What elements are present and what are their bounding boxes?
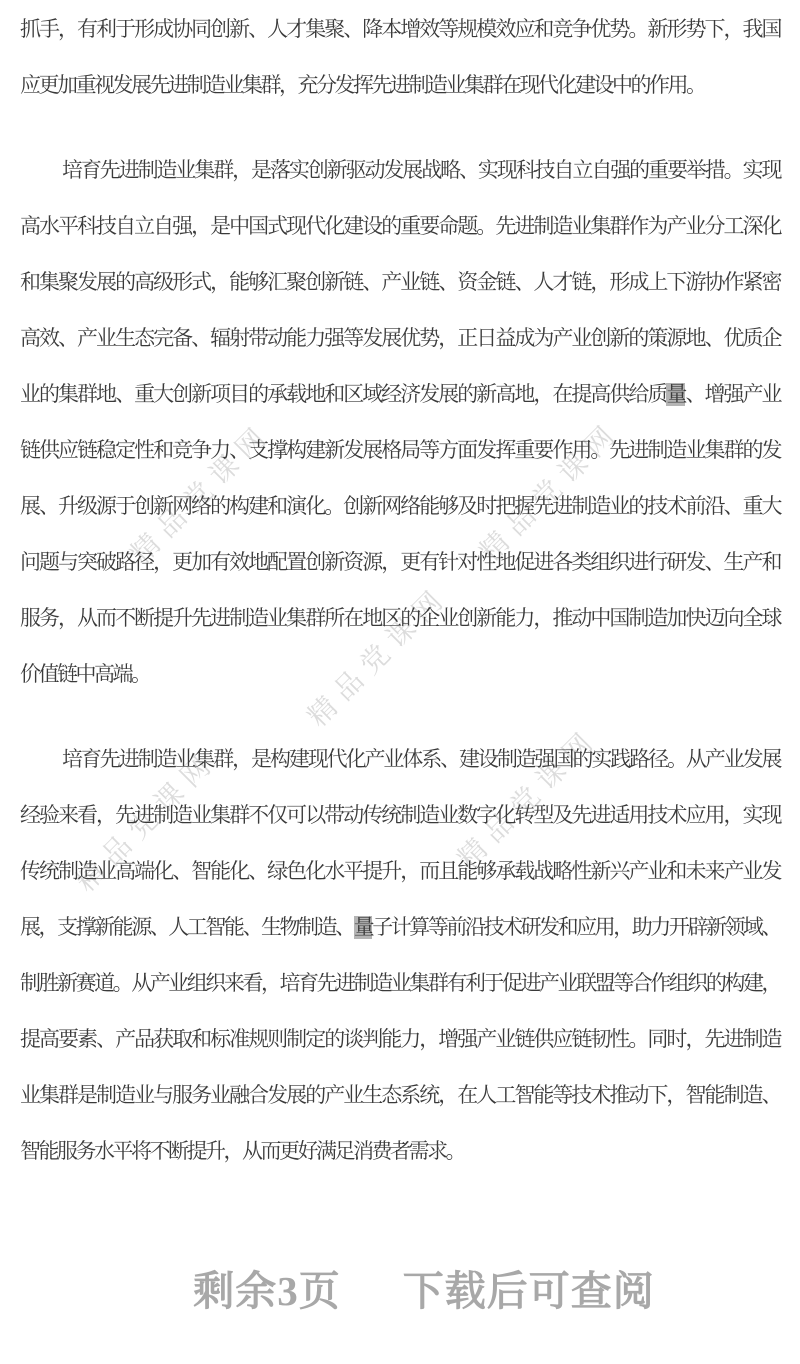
download-hint-label: 下载后可查阅 [403,1268,655,1314]
text-line: 问题与突破路径，更加有效地配置创新资源，更有针对性地促进各类组织进行研发、生产和 [20,535,780,591]
footer-note: 剩余3页下载后可查阅 [0,1258,800,1317]
text-line: 高水平科技自立自强，是中国式现代化建设的重要命题。先进制造业集群作为产业分工深化 [20,199,780,255]
text-line: 培育先进制造业集群，是落实创新驱动发展战略、实现科技自立自强的重要举措。实现 [20,143,780,199]
text-line: 展、升级源于创新网络的构建和演化。创新网络能够及时把握先进制造业的技术前沿、重大 [20,479,780,535]
text-line: 链供应链稳定性和竞争力、支撑构建新发展格局等方面发挥重要作用。先进制造业集群的发 [20,423,780,479]
highlighted-char: 量 [666,383,685,406]
text-line: 培育先进制造业集群，是构建现代化产业体系、建设制造强国的实践路径。从产业发展 [20,732,780,788]
text-line: 和集聚发展的高级形式，能够汇聚创新链、产业链、资金链、人才链，形成上下游协作紧密 [20,255,780,311]
text-line: 展，支撑新能源、人工智能、生物制造、量子计算等前沿技术研发和应用，助力开辟新领域… [20,900,780,956]
text-line: 业集群是制造业与服务业融合发展的产业生态系统，在人工智能等技术推动下，智能制造、 [20,1068,780,1124]
text-line: 制胜新赛道。从产业组织来看，培育先进制造业集群有利于促进产业联盟等合作组织的构建… [20,956,780,1012]
text-line: 价值链中高端。 [20,647,780,703]
text-line: 提高要素、产品获取和标准规则制定的谈判能力，增强产业链供应链韧性。同时，先进制造 [20,1012,780,1068]
text-line: 服务，从而不断提升先进制造业集群所在地区的企业创新能力，推动中国制造加快迈向全球 [20,591,780,647]
document-body: 抓手，有利于形成协同创新、人才集聚、降本增效等规模效应和竞争优势。新形势下，我国… [20,2,780,1209]
text-line: 传统制造业高端化、智能化、绿色化水平提升，而且能够承载战略性新兴产业和未来产业发 [20,844,780,900]
text-line: 经验来看，先进制造业集群不仅可以带动传统制造业数字化转型及先进适用技术应用，实现 [20,788,780,844]
text-line: 抓手，有利于形成协同创新、人才集聚、降本增效等规模效应和竞争优势。新形势下，我国 [20,2,780,58]
text-line: 业的集群地、重大创新项目的承载地和区域经济发展的新高地，在提高供给质量、增强产业 [20,367,780,423]
pages-remaining-label: 剩余3页 [193,1268,341,1314]
paragraph: 培育先进制造业集群，是构建现代化产业体系、建设制造强国的实践路径。从产业发展经验… [20,732,780,1180]
text-line: 智能服务水平将不断提升，从而更好满足消费者需求。 [20,1124,780,1180]
paragraph: 抓手，有利于形成协同创新、人才集聚、降本增效等规模效应和竞争优势。新形势下，我国… [20,2,780,114]
highlighted-char: 量 [354,916,373,939]
text-line: 应更加重视发展先进制造业集群，充分发挥先进制造业集群在现代化建设中的作用。 [20,58,780,114]
document-page: { "page": { "width": 800, "height": 1364… [0,0,800,1364]
text-line: 高效、产业生态完备、辐射带动能力强等发展优势，正日益成为产业创新的策源地、优质企 [20,311,780,367]
paragraph: 培育先进制造业集群，是落实创新驱动发展战略、实现科技自立自强的重要举措。实现高水… [20,143,780,703]
